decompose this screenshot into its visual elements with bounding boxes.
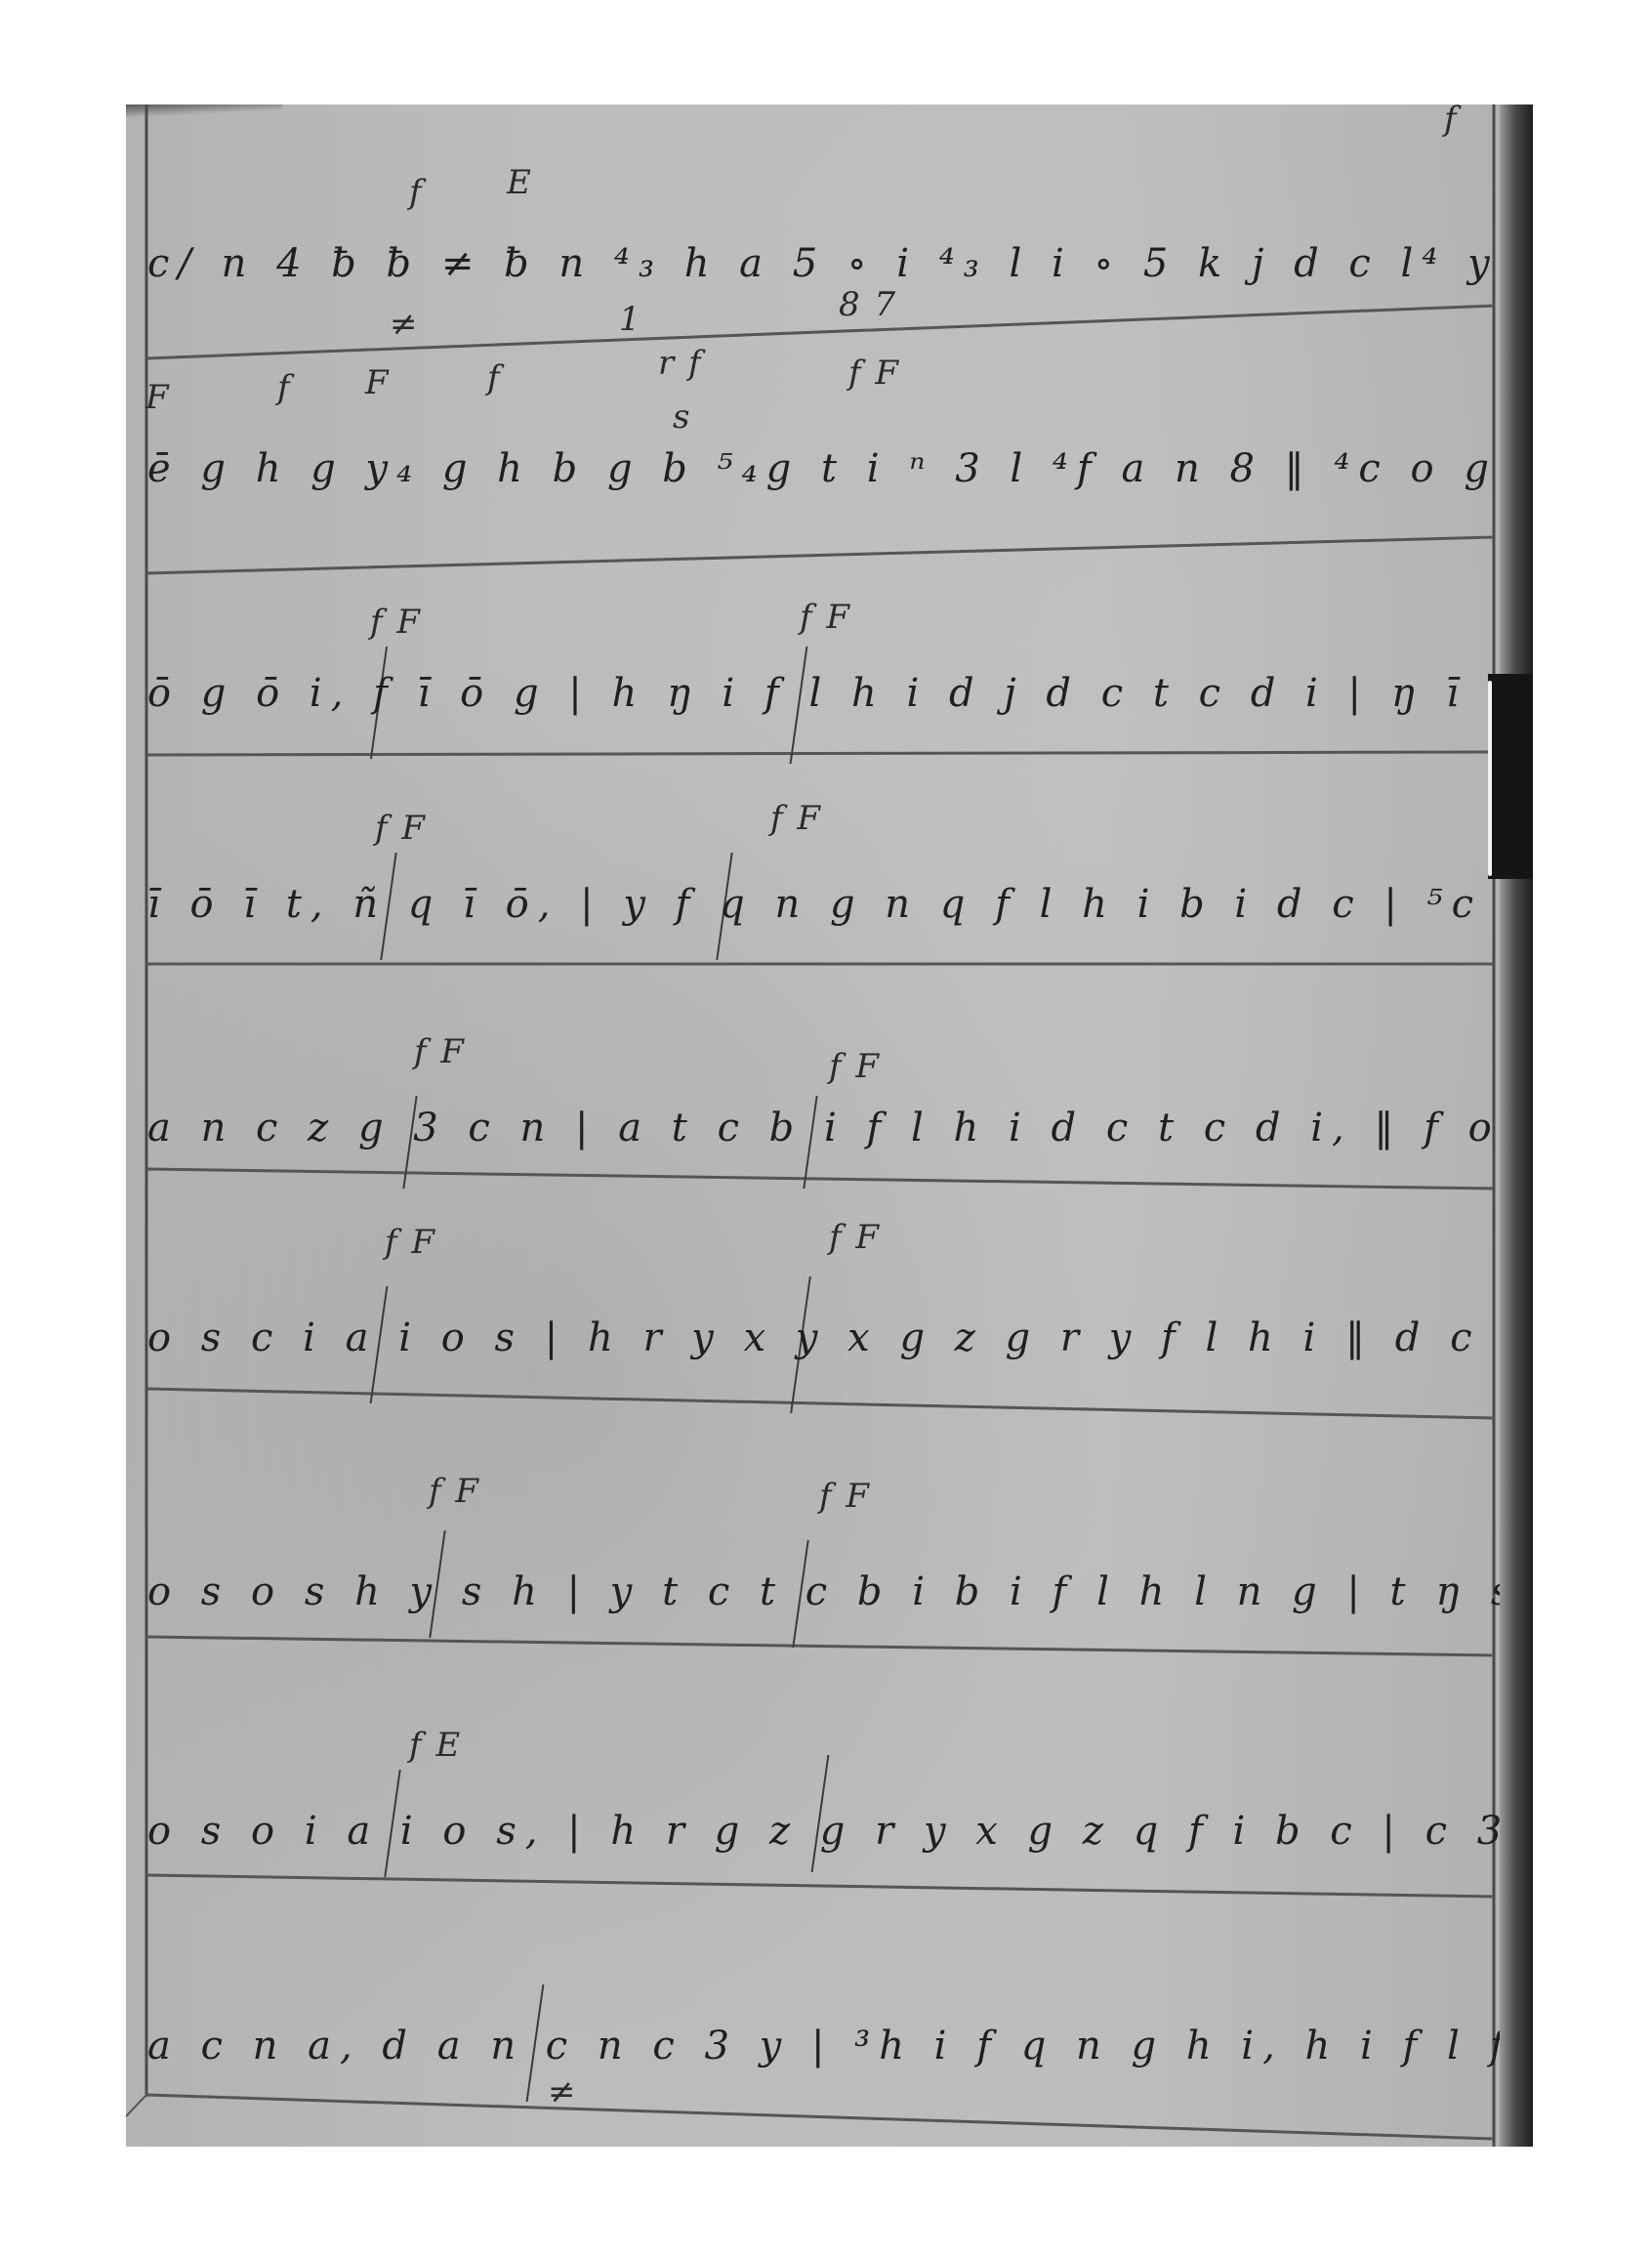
row-upper-notes: s [673, 397, 691, 437]
row-upper-notes: f F [800, 598, 851, 637]
row-upper-notes: f [409, 173, 424, 212]
row-below-notes: ≠ [548, 2072, 578, 2111]
tablature-row-3: f F f F ō g ō i, f ī ō g | h ŋ i f l h i… [126, 564, 1533, 759]
row-upper-notes: r f [658, 344, 703, 383]
row-tablature-text: a c n a, d a n c n c 3 y | ³h i f q n g … [147, 2024, 1533, 2068]
row-upper-notes: f F [375, 809, 427, 848]
manuscript-page: f E f c/ n 4 ƀ ƀ ≠ ƀ n ⁴₃ h a 5 ∘ i ⁴₃ l… [126, 104, 1533, 2147]
tablature-row-4: f F f F ī ō ī t, ñ q ī ō, | y f q n g n … [126, 755, 1533, 964]
page-binding-edge [1500, 104, 1533, 2147]
tablature-row-9: a c n a, d a n c n c 3 y | ³h i f q n g … [126, 1887, 1533, 2111]
row-upper-notes: f F [385, 1223, 436, 1262]
tablature-row-8: f E o s o i a i o s, | h r g z g r y x g… [126, 1648, 1533, 1882]
row-upper-notes: f [277, 368, 292, 407]
row-upper-notes: f F [848, 354, 900, 393]
tablature-row-6: f F f F o s c i a i o s | h r y x y x g … [126, 1179, 1533, 1394]
row-upper-notes: E [507, 163, 533, 202]
row-upper-notes: f F [770, 799, 822, 838]
row-below-notes: 8 7 [839, 285, 897, 324]
row-upper-notes: f F [429, 1472, 480, 1511]
tablature-row-1: f E f c/ n 4 ƀ ƀ ≠ ƀ n ⁴₃ h a 5 ∘ i ⁴₃ l… [126, 104, 1533, 358]
row-upper-notes: f [487, 358, 502, 397]
row-upper-notes: F [145, 378, 171, 417]
binding-tab [1488, 674, 1533, 879]
row-tablature-text: ē g h g y₄ g h b g b ⁵₄g t i ⁿ 3 l ⁴f a … [147, 446, 1533, 491]
row-upper-notes: f F [829, 1218, 881, 1257]
row-upper-notes: f F [819, 1477, 871, 1516]
row-upper-notes: f F [370, 603, 422, 642]
row-tablature-text: a n c z g 3 c n | a t c b i f l h i d c … [147, 1106, 1533, 1150]
row-tablature-text: c/ n 4 ƀ ƀ ≠ ƀ n ⁴₃ h a 5 ∘ i ⁴₃ l i ∘ 5… [147, 241, 1533, 286]
tablature-row-2: F f F f r f s f F ē g h g y₄ g h b g b ⁵… [126, 329, 1533, 564]
row-upper-notes: f [1444, 104, 1459, 139]
tablature-row-7: f F f F o s o s h y s h | y t c t c b i … [126, 1403, 1533, 1638]
binding-highlight [1488, 681, 1492, 876]
tablature-row-5: f F f F a n c z g 3 c n | a t c b i f l … [126, 964, 1533, 1179]
row-tablature-text: ō g ō i, f ī ō g | h ŋ i f l h i d j d c… [147, 671, 1533, 716]
row-upper-notes: f F [414, 1032, 466, 1071]
row-tablature-text: ī ō ī t, ñ q ī ō, | y f q n g n q f l h … [147, 882, 1533, 927]
row-tablature-text: o s c i a i o s | h r y x y x g z g r y … [147, 1316, 1533, 1360]
row-tablature-text: o s o s h y s h | y t c t c b i b i f l … [147, 1569, 1533, 1614]
row-tablature-text: o s o i a i o s, | h r g z g r y x g z q… [147, 1809, 1533, 1854]
row-upper-notes: f E [409, 1726, 462, 1765]
row-upper-notes: f F [829, 1047, 881, 1086]
row-upper-notes: F [365, 363, 391, 402]
